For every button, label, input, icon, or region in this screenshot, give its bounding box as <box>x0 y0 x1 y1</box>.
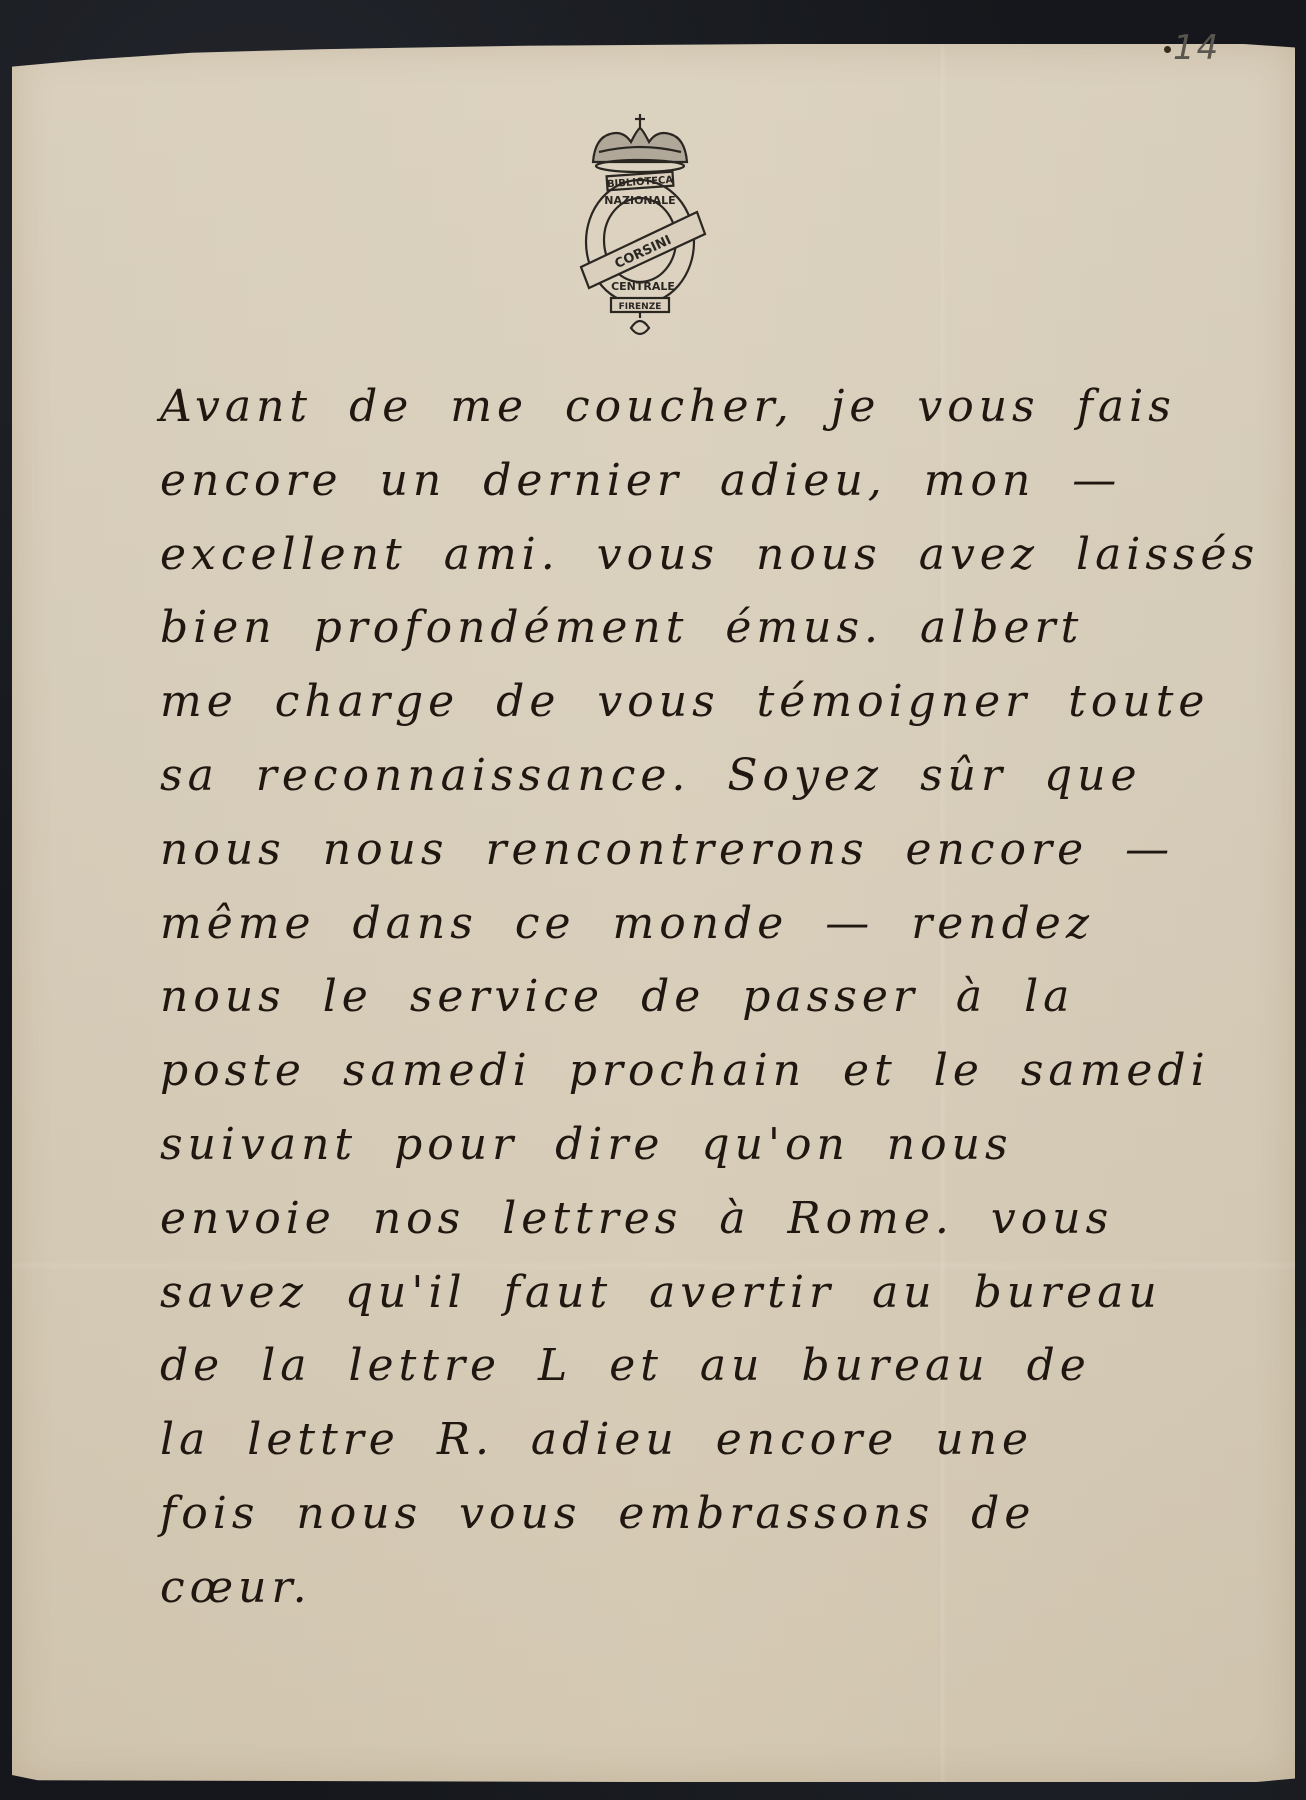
letter-line: sa reconnaissance. Soyez sûr que <box>160 739 1220 813</box>
svg-text:FIRENZE: FIRENZE <box>619 302 662 312</box>
letter-line: poste samedi prochain et le samedi <box>160 1034 1220 1108</box>
letter-line: Avant de me coucher, je vous fais <box>160 370 1220 444</box>
letter-line: suivant pour dire qu'on nous <box>160 1108 1220 1182</box>
letter-line: fois nous vous embrassons de <box>160 1477 1220 1551</box>
letter-line: encore un dernier adieu, mon — <box>160 444 1220 518</box>
letter-line: la lettre R. adieu encore une <box>160 1403 1220 1477</box>
letter-line: bien profondément émus. albert <box>160 591 1220 665</box>
letter-line: cœur. <box>160 1551 1220 1625</box>
letter-line: nous nous rencontrerons encore — <box>160 813 1220 887</box>
handwritten-letter: Avant de me coucher, je vous fais encore… <box>160 370 1220 1625</box>
folio-number: 14 <box>1173 28 1220 68</box>
library-stamp: BIBLIOTECA NAZIONALE CORSINI CENTRALE FI… <box>565 112 715 344</box>
letter-line: savez qu'il faut avertir au bureau <box>160 1256 1220 1330</box>
svg-text:CENTRALE: CENTRALE <box>611 280 675 293</box>
letter-line: envoie nos lettres à Rome. vous <box>160 1182 1220 1256</box>
letter-line: de la lettre L et au bureau de <box>160 1329 1220 1403</box>
letter-line: excellent ami. vous nous avez laissés <box>160 518 1220 592</box>
letter-line: même dans ce monde — rendez <box>160 887 1220 961</box>
crown-seal-icon: BIBLIOTECA NAZIONALE CORSINI CENTRALE FI… <box>565 112 715 344</box>
letter-line: nous le service de passer à la <box>160 960 1220 1034</box>
letter-line: me charge de vous témoigner toute <box>160 665 1220 739</box>
svg-text:NAZIONALE: NAZIONALE <box>604 194 675 207</box>
ink-spot <box>1164 46 1171 53</box>
